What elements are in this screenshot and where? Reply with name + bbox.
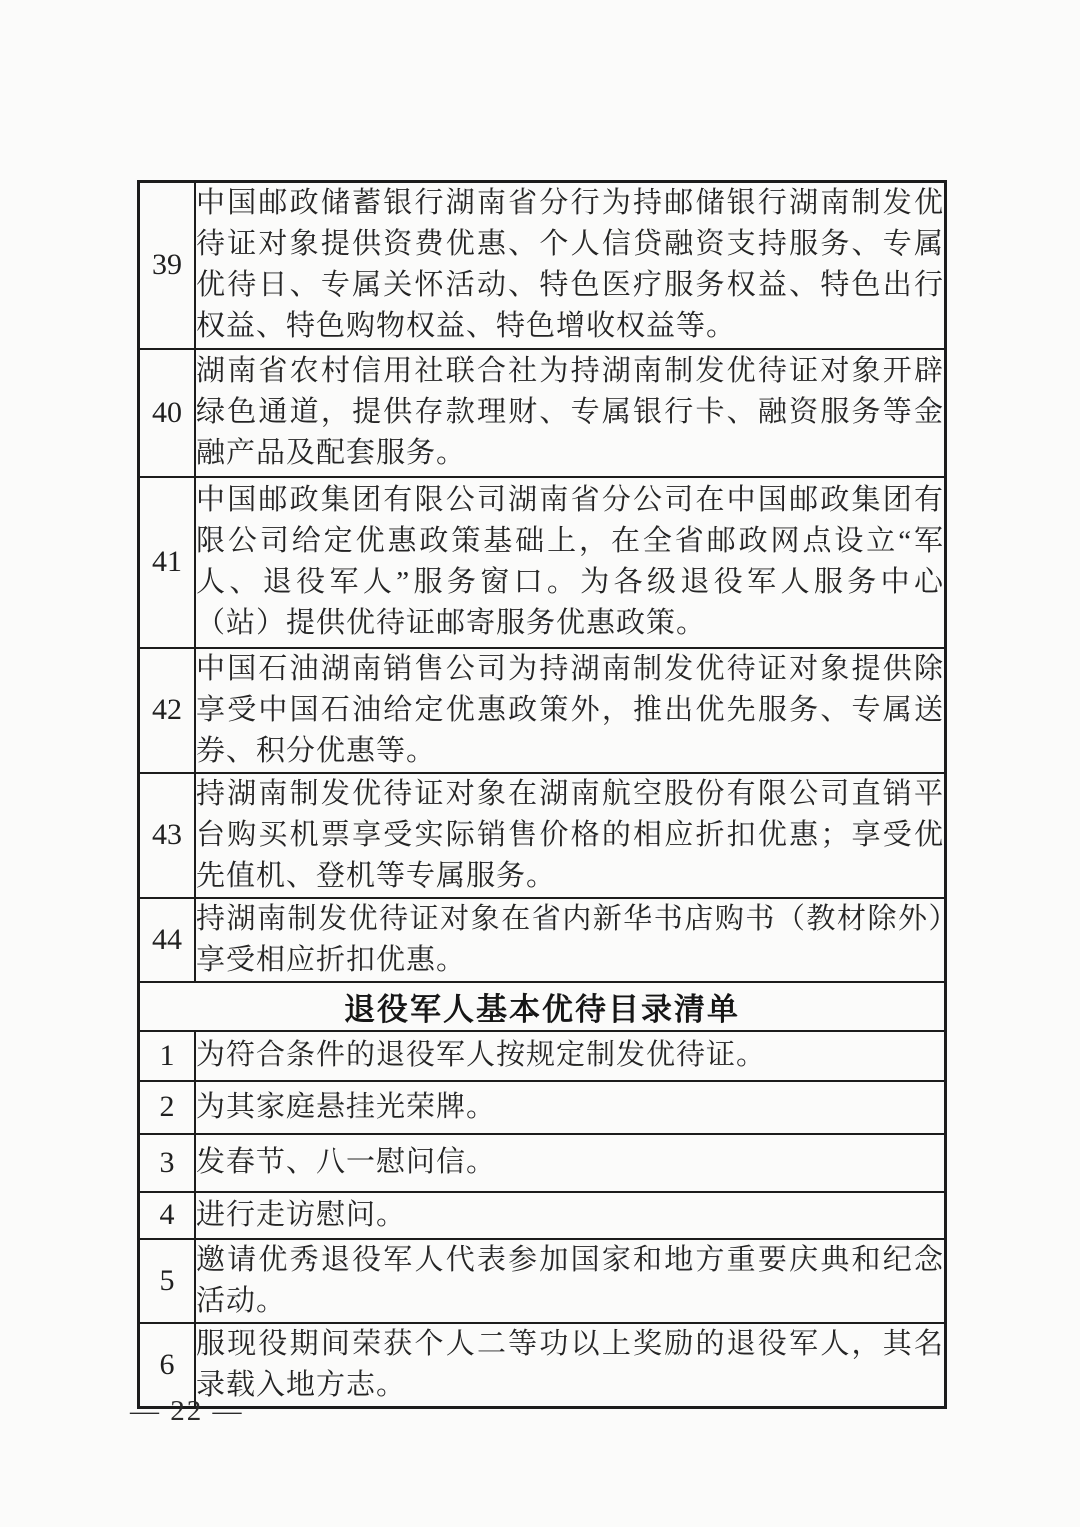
table-row: 3 发春节、八一慰问信。 xyxy=(139,1134,946,1192)
row-text: 中国邮政集团有限公司湖南省分公司在中国邮政集团有限公司给定优惠政策基础上，在全省… xyxy=(195,477,946,648)
row-text: 湖南省农村信用社联合社为持湖南制发优待证对象开辟绿色通道，提供存款理财、专属银行… xyxy=(195,349,946,477)
section-header-row: 退役军人基本优待目录清单 xyxy=(139,982,946,1031)
table-row: 39 中国邮政储蓄银行湖南省分行为持邮储银行湖南制发优待证对象提供资费优惠、个人… xyxy=(139,182,946,349)
row-text: 中国石油湖南销售公司为持湖南制发优待证对象提供除享受中国石油给定优惠政策外，推出… xyxy=(195,648,946,773)
row-text: 中国邮政储蓄银行湖南省分行为持邮储银行湖南制发优待证对象提供资费优惠、个人信贷融… xyxy=(195,182,946,349)
row-number: 39 xyxy=(139,182,196,349)
row-number: 5 xyxy=(139,1239,196,1323)
table-row: 4 进行走访慰问。 xyxy=(139,1192,946,1239)
document-page: 39 中国邮政储蓄银行湖南省分行为持邮储银行湖南制发优待证对象提供资费优惠、个人… xyxy=(0,0,1080,1527)
row-text: 持湖南制发优待证对象在省内新华书店购书（教材除外）享受相应折扣优惠。 xyxy=(195,898,946,982)
row-number: 40 xyxy=(139,349,196,477)
row-text: 为符合条件的退役军人按规定制发优待证。 xyxy=(195,1031,946,1081)
row-number: 41 xyxy=(139,477,196,648)
row-number: 42 xyxy=(139,648,196,773)
row-number: 2 xyxy=(139,1081,196,1134)
table-row: 1 为符合条件的退役军人按规定制发优待证。 xyxy=(139,1031,946,1081)
page-number: — 22 — xyxy=(130,1395,244,1428)
row-text: 为其家庭悬挂光荣牌。 xyxy=(195,1081,946,1134)
table-row: 40 湖南省农村信用社联合社为持湖南制发优待证对象开辟绿色通道，提供存款理财、专… xyxy=(139,349,946,477)
table-row: 43 持湖南制发优待证对象在湖南航空股份有限公司直销平台购买机票享受实际销售价格… xyxy=(139,773,946,898)
row-text: 进行走访慰问。 xyxy=(195,1192,946,1239)
row-number: 4 xyxy=(139,1192,196,1239)
table-row: 42 中国石油湖南销售公司为持湖南制发优待证对象提供除享受中国石油给定优惠政策外… xyxy=(139,648,946,773)
row-number: 43 xyxy=(139,773,196,898)
row-number: 3 xyxy=(139,1134,196,1192)
table-row: 44 持湖南制发优待证对象在省内新华书店购书（教材除外）享受相应折扣优惠。 xyxy=(139,898,946,982)
row-text: 持湖南制发优待证对象在湖南航空股份有限公司直销平台购买机票享受实际销售价格的相应… xyxy=(195,773,946,898)
table-row: 41 中国邮政集团有限公司湖南省分公司在中国邮政集团有限公司给定优惠政策基础上，… xyxy=(139,477,946,648)
table-row: 5 邀请优秀退役军人代表参加国家和地方重要庆典和纪念活动。 xyxy=(139,1239,946,1323)
row-text: 邀请优秀退役军人代表参加国家和地方重要庆典和纪念活动。 xyxy=(195,1239,946,1323)
row-text: 服现役期间荣获个人二等功以上奖励的退役军人，其名录载入地方志。 xyxy=(195,1323,946,1408)
section-title: 退役军人基本优待目录清单 xyxy=(139,982,946,1031)
row-number: 1 xyxy=(139,1031,196,1081)
table-row: 2 为其家庭悬挂光荣牌。 xyxy=(139,1081,946,1134)
table-row: 6 服现役期间荣获个人二等功以上奖励的退役军人，其名录载入地方志。 xyxy=(139,1323,946,1408)
row-text: 发春节、八一慰问信。 xyxy=(195,1134,946,1192)
row-number: 44 xyxy=(139,898,196,982)
benefits-table: 39 中国邮政储蓄银行湖南省分行为持邮储银行湖南制发优待证对象提供资费优惠、个人… xyxy=(137,180,947,1409)
